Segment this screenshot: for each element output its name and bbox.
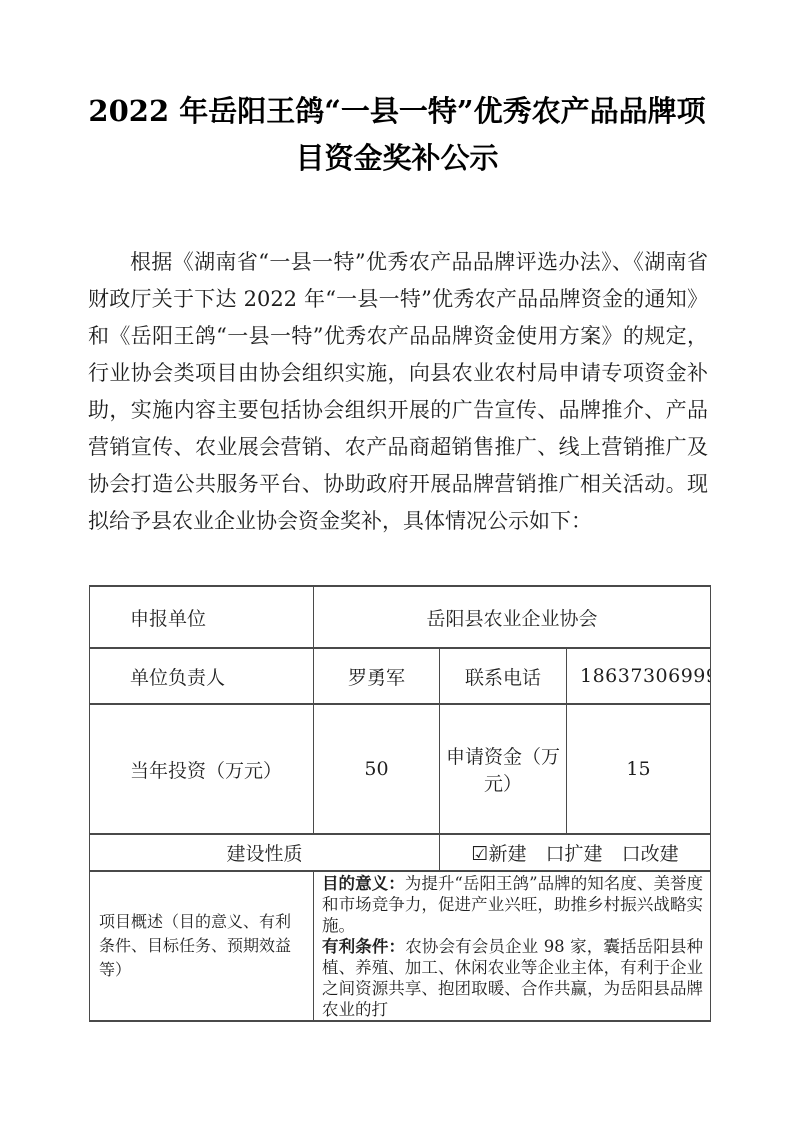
checkbox-unchecked-icon: 口 [546,843,565,865]
purpose-label: 目的意义： [322,874,405,893]
intro-paragraph: 根据《湖南省“一县一特”优秀农产品品牌评选办法》、《湖南省财政厅关于下达 202… [88,244,708,540]
contact-phone-value: 18637306999 [567,648,711,704]
checkbox-checked-icon: ☑ [471,843,488,865]
project-info-table: 申报单位 岳阳县农业企业协会 单位负责人 罗勇军 联系电话 1863730699… [89,585,711,1022]
contact-phone-label: 联系电话 [440,648,567,704]
row-responsible-person: 单位负责人 罗勇军 联系电话 18637306999 [90,648,711,704]
construction-nature-options: ☑新建 口扩建 口改建 [440,834,711,871]
row-investment: 当年投资（万元） 50 申请资金（万元） 15 [90,704,711,834]
conditions-label: 有利条件： [322,937,405,956]
row-project-overview: 项目概述（目的意义、有利条件、目标任务、预期效益等） 目的意义：为提升“岳阳王鸽… [90,871,711,1021]
option-expand: 口扩建 [546,843,603,865]
requested-funds-label: 申请资金（万元） [440,704,567,834]
document-title: 2022 年岳阳王鸽“一县一特”优秀农产品品牌项目资金奖补公示 [87,88,707,182]
project-overview-content: 目的意义：为提升“岳阳王鸽”品牌的知名度、美誉度和市场竞争力，促进产业兴旺，助推… [314,871,711,1021]
declaring-unit-label: 申报单位 [90,586,314,648]
document-page: 2022 年岳阳王鸽“一县一特”优秀农产品品牌项目资金奖补公示 根据《湖南省“一… [0,0,793,1122]
option-rebuild: 口改建 [622,843,679,865]
option-expand-label: 扩建 [565,843,603,865]
option-rebuild-label: 改建 [641,843,679,865]
option-new: ☑新建 [471,843,526,865]
checkbox-unchecked-icon: 口 [622,843,641,865]
construction-nature-label: 建设性质 [90,834,440,871]
purpose-paragraph: 目的意义：为提升“岳阳王鸽”品牌的知名度、美誉度和市场竞争力，促进产业兴旺，助推… [322,873,703,936]
current-investment-label: 当年投资（万元） [90,704,314,834]
row-declaring-unit: 申报单位 岳阳县农业企业协会 [90,586,711,648]
conditions-paragraph: 有利条件：农协会有会员企业 98 家，囊括岳阳县种植、养殖、加工、休闲农业等企业… [322,936,703,1020]
responsible-person-label: 单位负责人 [90,648,314,704]
option-new-label: 新建 [488,843,526,865]
requested-funds-value: 15 [567,704,711,834]
row-construction-nature: 建设性质 ☑新建 口扩建 口改建 [90,834,711,871]
project-overview-label: 项目概述（目的意义、有利条件、目标任务、预期效益等） [90,871,314,1021]
responsible-person-value: 罗勇军 [314,648,440,704]
declaring-unit-value: 岳阳县农业企业协会 [314,586,711,648]
current-investment-value: 50 [314,704,440,834]
